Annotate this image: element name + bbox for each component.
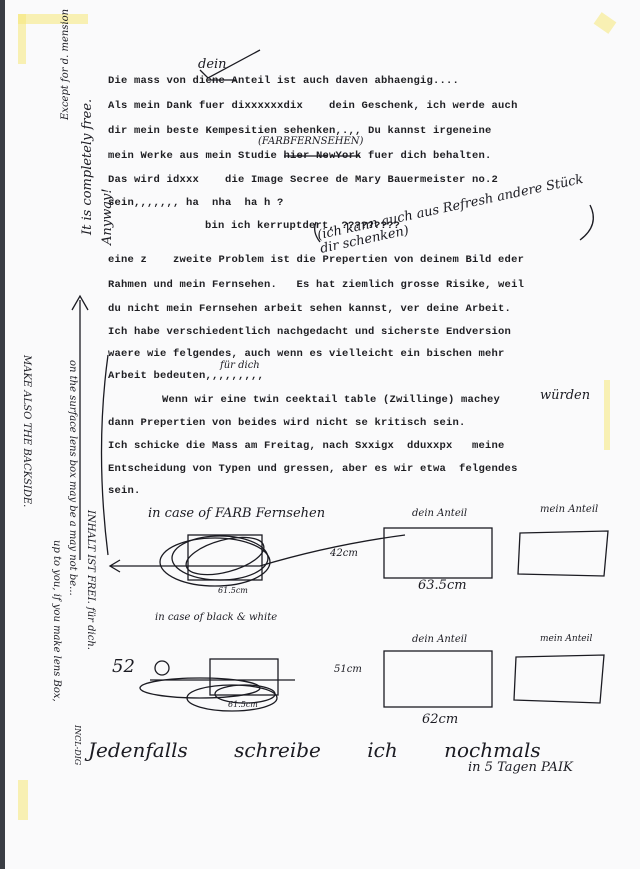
dimension-sketches [0, 0, 640, 869]
